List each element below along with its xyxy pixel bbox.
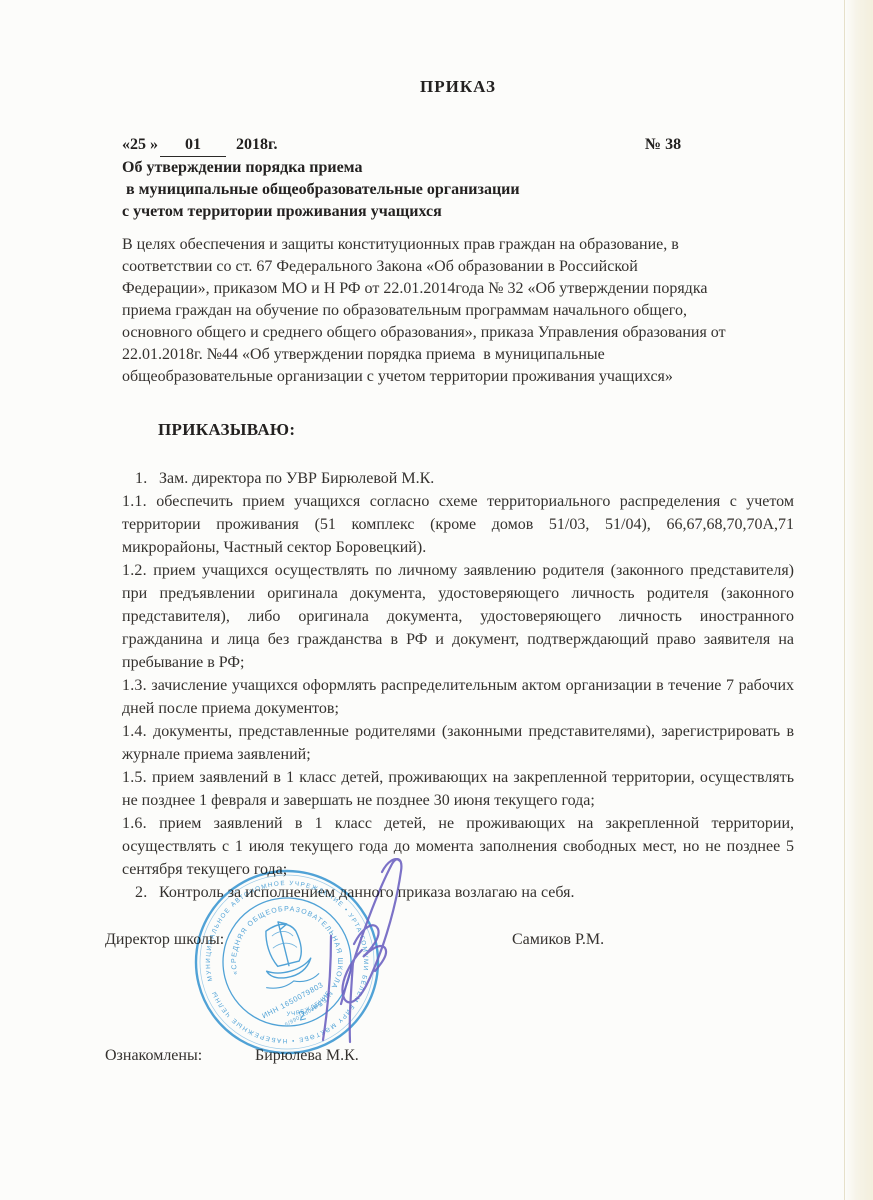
document-title: ПРИКАЗ (122, 76, 794, 98)
order-item-2: 2.Контроль за исполнением данного приказ… (122, 881, 794, 904)
scan-edge-shadow (844, 0, 873, 1200)
acknowledged-label: Ознакомлены: (105, 1044, 255, 1067)
preamble-line: Федерации», приказом МО и Н РФ от 22.01.… (122, 278, 794, 300)
order-items: 1.Зам. директора по УВР Бирюлевой М.К. 1… (122, 467, 794, 904)
date-year: 2018г. (236, 136, 277, 153)
document-content: ПРИКАЗ «25 »012018г. № 38 Об утверждении… (122, 0, 794, 1067)
item-text: прием учащихся осуществлять по личному з… (122, 562, 794, 671)
acknowledgement-row: Ознакомлены:Бирюлева М.К. (105, 1044, 794, 1067)
subject-line: в муниципальные общеобразовательные орга… (122, 179, 794, 201)
director-label: Директор школы: (105, 928, 512, 951)
document-number: № 38 (645, 134, 681, 156)
item-text: прием заявлений в 1 класс детей, не прож… (122, 815, 794, 878)
order-item-1-5: 1.5. прием заявлений в 1 класс детей, пр… (122, 766, 794, 812)
date-day-filled: 01 (160, 134, 226, 157)
item-text: документы, представленные родителями (за… (122, 723, 794, 763)
item-text: Контроль за исполнением данного приказа … (159, 884, 574, 901)
preamble-line: В целях обеспечения и защиты конституцио… (122, 234, 794, 256)
order-item-1-3: 1.3. зачисление учащихся оформлять распр… (122, 674, 794, 720)
order-item-1-6: 1.6. прием заявлений в 1 класс детей, не… (122, 812, 794, 881)
item-number: 1.5. (122, 769, 147, 786)
item-number: 1.2. (122, 562, 147, 579)
order-item-1: 1.Зам. директора по УВР Бирюлевой М.К. (122, 467, 794, 490)
item-number: 1.6. (122, 815, 147, 832)
acknowledged-name: Бирюлева М.К. (255, 1047, 359, 1064)
scanned-order-document: ПРИКАЗ «25 »012018г. № 38 Об утверждении… (0, 0, 873, 1200)
item-text: зачисление учащихся оформлять распредели… (122, 677, 794, 717)
document-subject: Об утверждении порядка приема в муниципа… (122, 157, 794, 223)
subject-line: Об утверждении порядка приема (122, 157, 794, 179)
item-text: обеспечить прием учащихся согласно схеме… (122, 493, 794, 556)
date-and-number-row: «25 »012018г. № 38 (122, 134, 794, 157)
preamble-line: 22.01.2018г. №44 «Об утверждении порядка… (122, 344, 794, 366)
item-number: 1.3. (122, 677, 147, 694)
preamble-paragraph: В целях обеспечения и защиты конституцио… (122, 234, 794, 388)
date-prefix: «25 » (122, 136, 158, 153)
item-number: 1.1. (122, 493, 147, 510)
subject-line: с учетом территории проживания учащихся (122, 201, 794, 223)
order-item-1-1: 1.1. обеспечить прием учащихся согласно … (122, 490, 794, 559)
order-heading: ПРИКАЗЫВАЮ: (158, 419, 794, 441)
director-name: Самиков Р.М. (512, 931, 604, 948)
item-number: 1. (135, 467, 159, 490)
order-item-1-2: 1.2. прием учащихся осуществлять по личн… (122, 559, 794, 674)
preamble-line: общеобразовательные организации с учетом… (122, 366, 794, 388)
item-text: Зам. директора по УВР Бирюлевой М.К. (159, 470, 434, 487)
preamble-line: соответствии со ст. 67 Федерального Зако… (122, 256, 794, 278)
item-number: 2. (135, 881, 159, 904)
item-number: 1.4. (122, 723, 147, 740)
preamble-line: приема граждан на обучение по образовате… (122, 300, 794, 322)
item-text: прием заявлений в 1 класс детей, прожива… (122, 769, 794, 809)
preamble-line: основного общего и среднего общего образ… (122, 322, 794, 344)
order-item-1-4: 1.4. документы, представленные родителям… (122, 720, 794, 766)
signature-row: Директор школы:Самиков Р.М. (105, 928, 794, 951)
